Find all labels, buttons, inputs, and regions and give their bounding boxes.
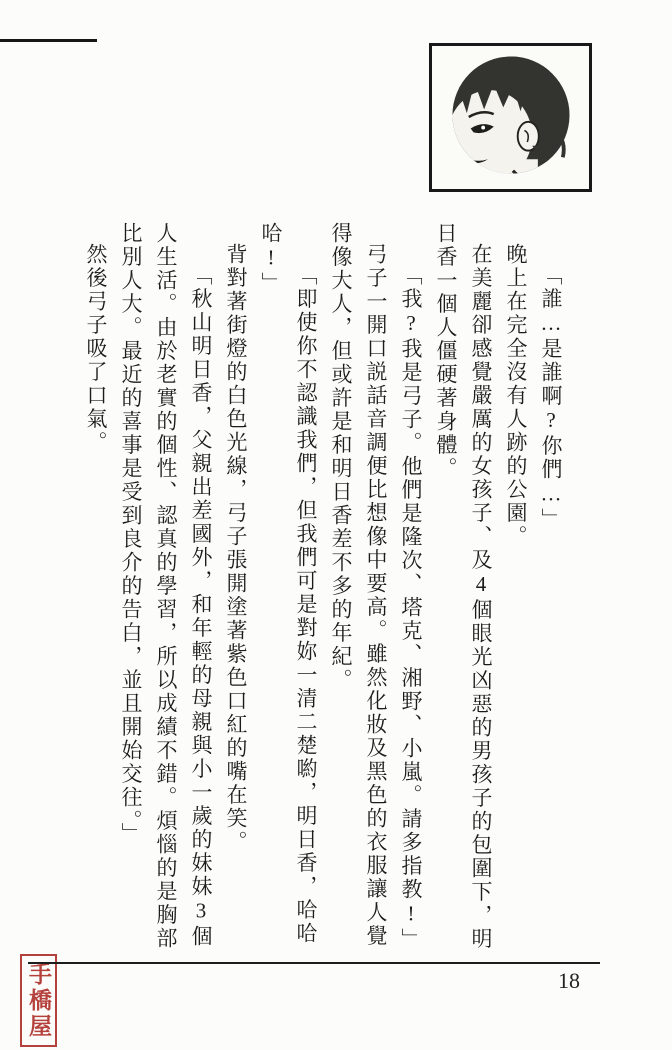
footer-rule xyxy=(28,962,600,964)
top-left-rule xyxy=(0,39,97,42)
publisher-seal-stamp: 手橋屋 xyxy=(20,954,57,1047)
character-illustration-frame xyxy=(429,43,592,192)
novel-paragraph: 「我?我是弓子。他們是隆次、塔克、湘野、小嵐。請多指教!」 xyxy=(393,222,428,964)
character-portrait-drawing xyxy=(432,46,589,189)
novel-paragraph: 「即使你不認識我們，但我們可是對妳一清二楚喲，明日香，哈哈哈!」 xyxy=(253,222,323,964)
novel-paragraph: 「誰…是誰啊?你們…」 xyxy=(533,222,568,964)
page-number: 18 xyxy=(558,968,580,994)
novel-paragraph: 晚上在完全沒有人跡的公園。 xyxy=(498,222,533,964)
novel-paragraph: 在美麗卻感覺嚴厲的女孩子、及4個眼光凶惡的男孩子的包圍下，明日香一個人僵硬著身體… xyxy=(428,222,498,964)
novel-text-block: 「誰…是誰啊?你們…」 晚上在完全沒有人跡的公園。 在美麗卻感覺嚴厲的女孩子、及… xyxy=(78,222,568,964)
novel-paragraph: 弓子一開口説話音調便比想像中要高。雖然化妝及黑色的衣服讓人覺得像大人，但或許是和… xyxy=(323,222,393,964)
novel-paragraph: 「秋山明日香，父親出差國外，和年輕的母親與小一歲的妹妹3個人生活。由於老實的個性… xyxy=(113,222,218,964)
novel-paragraph: 背對著街燈的白色光線，弓子張開塗著紫色口紅的嘴在笑。 xyxy=(218,222,253,964)
novel-paragraph: 然後弓子吸了口氣。 xyxy=(78,222,113,964)
